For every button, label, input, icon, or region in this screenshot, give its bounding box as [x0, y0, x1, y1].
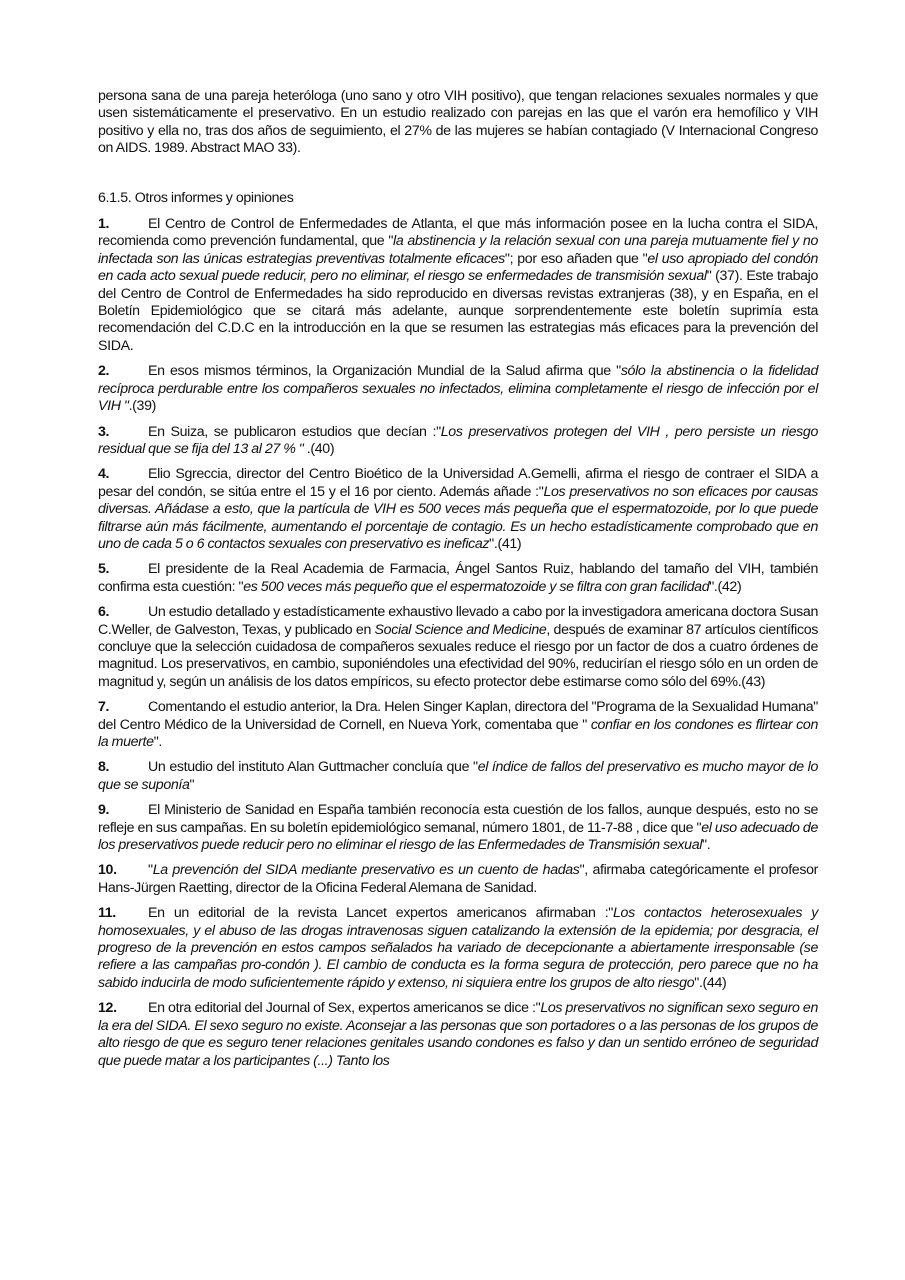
body-text: ".: [702, 837, 710, 853]
body-text: ".(44): [694, 975, 726, 991]
list-item: 7.Comentando el estudio anterior, la Dra…: [98, 699, 818, 751]
list-item: 4.Elio Sgreccia, director del Centro Bio…: [98, 466, 818, 553]
list-item: 5.El presidente de la Real Academia de F…: [98, 561, 818, 596]
list-item: 2.En esos mismos términos, la Organizaci…: [98, 363, 818, 415]
item-number: 7.: [98, 699, 148, 716]
item-number: 3.: [98, 424, 148, 441]
body-text: ".(41): [489, 536, 521, 552]
body-text: ".: [154, 734, 162, 750]
quoted-text: Social Science and Medicine: [375, 622, 547, 638]
list-item: 8.Un estudio del instituto Alan Guttmach…: [98, 759, 818, 794]
item-number: 10.: [98, 862, 148, 879]
item-number: 6.: [98, 604, 148, 621]
section-heading: 6.1.5. Otros informes y opiniones: [98, 190, 818, 207]
body-text: "; por eso añaden que ": [505, 251, 647, 267]
item-number: 5.: [98, 561, 148, 578]
list-item: 3.En Suiza, se publicaron estudios que d…: [98, 424, 818, 459]
body-text: En Suiza, se publicaron estudios que dec…: [148, 424, 441, 440]
body-text: .(39): [129, 398, 156, 414]
list-item: 11.En un editorial de la revista Lancet …: [98, 905, 818, 992]
item-number: 4.: [98, 466, 148, 483]
document-page: persona sana de una pareja heteróloga (u…: [98, 88, 818, 1078]
item-number: 1.: [98, 216, 148, 233]
item-number: 9.: [98, 802, 148, 819]
item-number: 11.: [98, 905, 148, 922]
body-text: .(40): [304, 441, 335, 457]
item-number: 8.: [98, 759, 148, 776]
numbered-list: 1.El Centro de Control de Enfermedades d…: [98, 216, 818, 1070]
list-item: 10."La prevención del SIDA mediante pres…: [98, 862, 818, 897]
intro-paragraph: persona sana de una pareja heteróloga (u…: [98, 88, 818, 158]
item-number: 12.: [98, 1000, 148, 1017]
list-item: 9.El Ministerio de Sanidad en España tam…: [98, 802, 818, 854]
list-item: 1.El Centro de Control de Enfermedades d…: [98, 216, 818, 355]
body-text: Un estudio del instituto Alan Guttmacher…: [148, 759, 478, 775]
body-text: En un editorial de la revista Lancet exp…: [148, 905, 613, 921]
list-item: 12.En otra editorial del Journal of Sex,…: [98, 1000, 818, 1070]
item-number: 2.: [98, 363, 148, 380]
list-item: 6.Un estudio detallado y estadísticament…: [98, 604, 818, 691]
body-text: En esos mismos términos, la Organización…: [148, 363, 621, 379]
quoted-text: La prevención del SIDA mediante preserva…: [153, 862, 580, 878]
quoted-text: es 500 veces más pequeño que el espermat…: [243, 579, 709, 595]
body-text: En otra editorial del Journal of Sex, ex…: [148, 1000, 540, 1016]
body-text: ".(42): [709, 579, 741, 595]
body-text: ": [190, 777, 195, 793]
